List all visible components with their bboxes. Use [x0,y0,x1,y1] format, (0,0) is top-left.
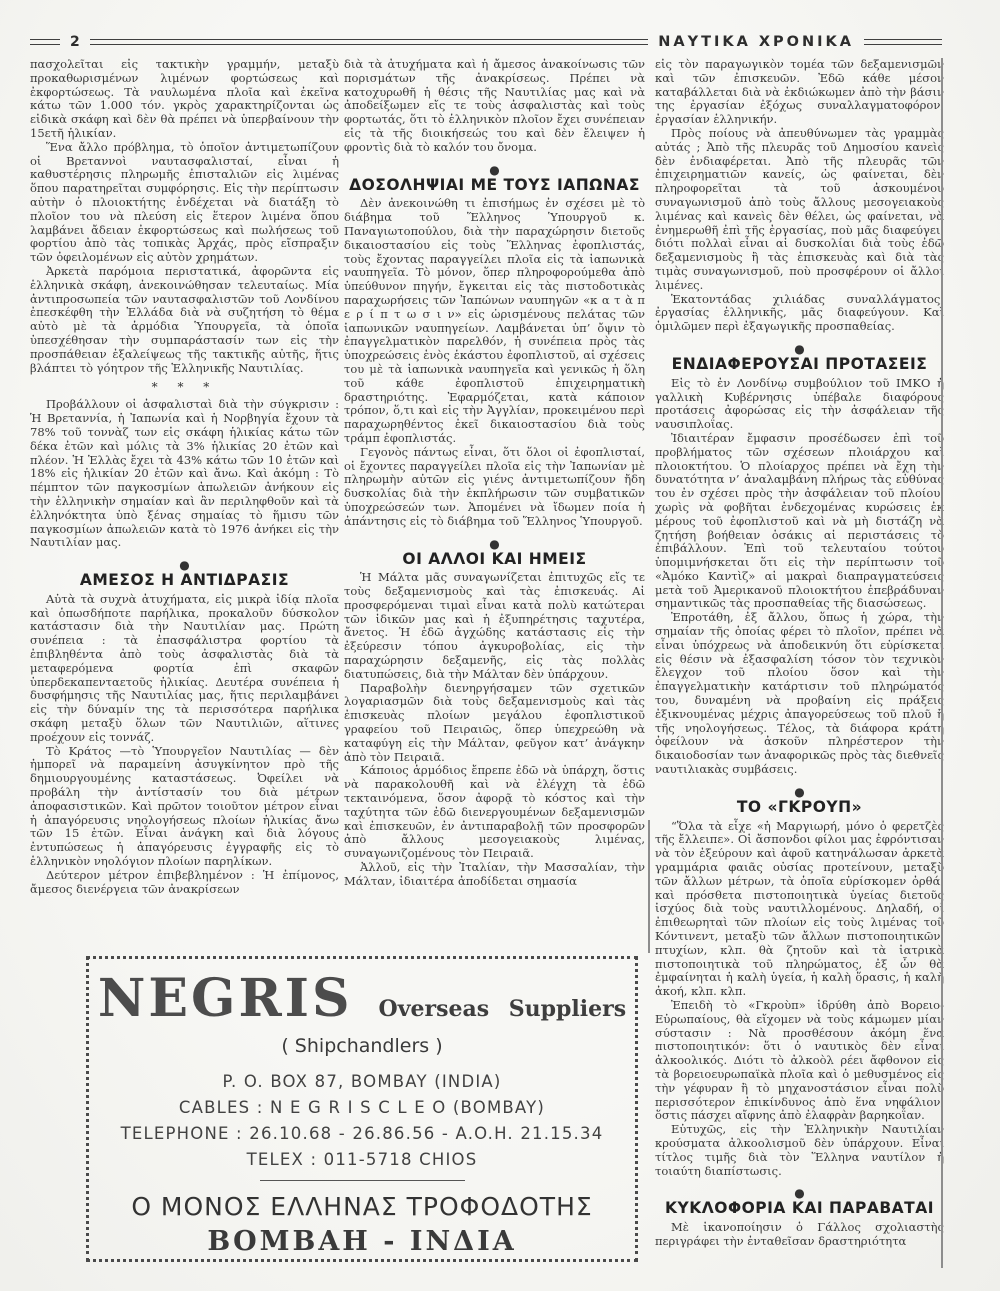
page-edge-rule [941,58,943,1268]
bullet-icon: ● [655,1187,944,1199]
paragraph: Παραβολὴν διενηργήσαμεν τῶν σχετικῶν λογ… [344,682,645,765]
paragraph: Γεγονὸς πάντως εἶναι, ὅτι ὅλοι οἱ ἐφοπλι… [344,446,645,529]
page-number: 2 [70,34,80,50]
section-separator-stars: * * * [30,380,339,394]
paragraph: Ἡ Μάλτα μᾶς συναγωνίζεται ἐπιτυχῶς εἴς τ… [344,571,645,681]
page-header: 2 ΝΑΥΤΙΚΑ ΧΡΟΝΙΚΑ [30,34,942,50]
paragraph: Ἐπειδὴ τὸ «Γκροὺπ» ἱδρύθη ἀπὸ Βορειο-Εὐρ… [655,999,944,1123]
ad-tagline: Overseas Suppliers [379,996,627,1022]
negris-advertisement: NEGRIS Overseas Suppliers ( Shipchandler… [86,956,638,1262]
ad-telex: TELEX : 011-5718 CHIOS [89,1150,635,1169]
bullet-icon: ● [655,786,944,798]
section-heading-endiaferousai-protaseis: ΕΝΔΙΑΦΕΡΟΥΣΑΙ ΠΡΟΤΑΣΕΙΣ [655,358,944,372]
paragraph: Ἀλλοῦ, εἰς τὴν Ἰταλίαν, τὴν Μασσαλίαν, τ… [344,861,645,889]
paragraph: Προβάλλουν οἱ ἀσφαλισταὶ διὰ τὴν σύγκρισ… [30,398,339,550]
bullet-icon: ● [344,164,645,176]
paragraph: Ἰδιαιτέραν ἔμφασιν προσέδωσεν ἐπὶ τοῦ πρ… [655,432,944,611]
ad-telephone: TELEPHONE : 26.10.68 - 26.86.56 - A.O.H.… [89,1124,635,1143]
column-3: εἰς τὸν παραγωγικὸν τομέα τῶν δεξαμενισμ… [655,58,944,1254]
paragraph: Κάποιος ἁρμόδιος ἔπρεπε ἐδῶ νὰ ὑπάρχη, ὅ… [344,764,645,861]
paragraph: εἰς τὸν παραγωγικὸν τομέα τῶν δεξαμενισμ… [655,58,944,127]
ad-address: P. O. BOX 87, BOMBAY (INDIA) [89,1072,635,1091]
double-rule [864,39,942,45]
paragraph: Πρὸς ποίους νὰ ἀπευθύνωμεν τὰς γραμμὰς α… [655,127,944,293]
column-2: διὰ τὰ ἀτυχήματα καὶ ἡ ἄμεσος ἀνακοίνωσι… [344,58,645,955]
paragraph: Δεύτερον μέτρον ἐπιβεβλημένον : Ἡ ἐπίμον… [30,869,339,897]
double-rule [90,39,648,45]
ad-subtitle: ( Shipchandlers ) [89,1035,635,1057]
column-divider-rule [648,820,650,953]
paragraph: Μὲ ἱκανοποίησιν ὁ Γάλλος σχολιαστὴς περι… [655,1221,944,1249]
paragraph: διὰ τὰ ἀτυχήματα καὶ ἡ ἄμεσος ἀνακοίνωσι… [344,58,645,155]
section-heading-to-group: ΤΟ «ΓΚΡΟΥΠ» [655,801,944,815]
section-heading-oi-alloi-kai-imeis: ΟΙ ΑΛΛΟΙ ΚΑΙ ΗΜΕΙΣ [344,553,645,567]
magazine-page: 2 ΝΑΥΤΙΚΑ ΧΡΟΝΙΚΑ πασχολεῖται εἰς τακτικ… [0,0,1000,1291]
section-heading-amesos-i-antidrasis: ΑΜΕΣΟΣ Η ΑΝΤΙΔΡΑΣΙΣ [30,574,339,588]
ad-greek-line2: ΒΟΜΒΑΗ - ΙΝΔΙΑ [89,1226,635,1257]
ad-greek-line1: Ο ΜΟΝΟΣ ΕΛΛΗΝΑΣ ΤΡΟΦΟΔΟΤΗΣ [89,1192,635,1221]
paragraph: Ἐπροτάθη, ἐξ ἄλλου, ὅπως ἡ χώρα, τὴν σημ… [655,611,944,777]
masthead-title: ΝΑΥΤΙΚΑ ΧΡΟΝΙΚΑ [658,34,854,50]
paragraph: Εἰς τὸ ἐν Λονδίνῳ συμβούλιον τοῦ ΙΜΚΟ ἡ … [655,377,944,432]
bullet-icon: ● [655,343,944,355]
paragraph: Ἀρκετὰ παρόμοια περιστατικά, ἀφορῶντα εἰ… [30,265,339,375]
paragraph: Ἕνα ἄλλο πρόβλημα, τὸ ὁποῖον ἀντιμετωπίζ… [30,141,339,265]
ad-cables: CABLES : N E G R I S C L E O (BOMBAY) [89,1098,635,1117]
paragraph: Αὐτὰ τὰ συχνὰ ἀτυχήματα, εἰς μικρὰ ἰδίᾳ … [30,593,339,745]
bullet-icon: ● [344,538,645,550]
paragraph: Ἑκατοντάδας χιλιάδας συναλλάγματος, ἐργα… [655,293,944,334]
bullet-icon: ● [30,559,339,571]
paragraph: Τὸ Κράτος —τὸ Ὑπουργεῖον Ναυτιλίας — δὲν… [30,745,339,869]
ad-brand-row: NEGRIS Overseas Suppliers [89,973,635,1025]
ad-divider-rule [260,1180,465,1181]
paragraph: Εὐτυχῶς, εἰς τὴν Ἑλληνικὴν Ναυτιλίαν κρο… [655,1123,944,1178]
double-rule [30,39,60,45]
paragraph: “Ὅλα τὰ εἶχε «ἡ Μαργιωρή, μόνο ὁ φερετζὲ… [655,820,944,999]
paragraph: Δὲν ἀνεκοινώθη τι ἐπισήμως ἐν σχέσει μὲ … [344,197,645,445]
ad-brand-name: NEGRIS [98,973,353,1025]
column-1: πασχολεῖται εἰς τακτικὴν γραμμήν, μεταξὺ… [30,58,339,955]
section-heading-kykloforia-kai-paravatai: ΚΥΚΛΟΦΟΡΙΑ ΚΑΙ ΠΑΡΑΒΑΤΑΙ [655,1202,944,1216]
section-heading-dosolipsiai-me-tous-iaponas: ΔΟΣΟΛΗΨΙΑΙ ΜΕ ΤΟΥΣ ΙΑΠΩΝΑΣ [344,179,645,193]
paragraph: πασχολεῖται εἰς τακτικὴν γραμμήν, μεταξὺ… [30,58,339,141]
